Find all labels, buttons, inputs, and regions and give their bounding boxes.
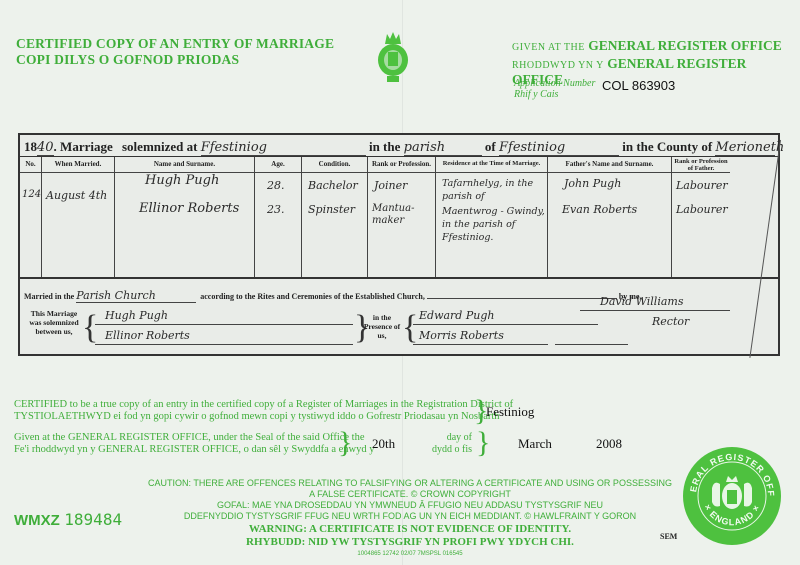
certificate-serial: WMXZ 189484 — [14, 510, 122, 530]
registration-district: Festiniog — [486, 404, 534, 420]
sem-label: SEM — [660, 532, 677, 541]
given-at-gro-english: GIVEN AT THE GENERAL REGISTER OFFICE — [512, 38, 782, 54]
identity-warning: WARNING: A CERTIFICATE IS NOT EVIDENCE O… — [140, 523, 680, 549]
blank-line — [555, 329, 628, 345]
column-father-profession: Rank or Profession of Father. Labourer L… — [672, 157, 730, 277]
marriage-place: Ffestiniog — [201, 140, 366, 156]
certified-statement: CERTIFIED to be a true copy of an entry … — [14, 399, 513, 423]
officiant-signature: David Williams — [580, 295, 730, 311]
party2-signature: Ellinor Roberts — [95, 329, 353, 345]
given-brace: } — [338, 428, 352, 458]
caution-welsh: GOFAL: MAE YNA DROSEDDAU YN YMWNEUD Â FF… — [140, 500, 680, 522]
issue-year: 2008 — [596, 436, 622, 452]
solemnized-between-section: This Marriage was solemnized between us,… — [20, 307, 778, 355]
issue-month: March — [518, 436, 552, 452]
application-number: COL 863903 — [602, 78, 675, 93]
column-age: Age. 28. 23. — [255, 157, 302, 277]
married-in-church: Parish Church — [76, 289, 196, 303]
witness2-signature: Morris Roberts — [413, 329, 548, 345]
day-of-brace: } — [476, 428, 490, 458]
certificate-title-welsh: COPI DILYS O GOFNOD PRIODAS — [16, 52, 239, 68]
column-number: No. 124 — [20, 157, 42, 277]
general-register-office-seal-icon: GENERAL REGISTER OFFICE × ENGLAND × — [682, 446, 782, 546]
solemnized-between-label: This Marriage was solemnized between us, — [26, 309, 82, 336]
royal-crest-icon — [376, 30, 410, 86]
column-when-married: When Married. August 4th — [42, 157, 115, 277]
witness1-signature: Edward Pugh — [413, 309, 598, 325]
party1-signature: Hugh Pugh — [95, 309, 353, 325]
column-condition: Condition. Bachelor Spinster — [302, 157, 368, 277]
presence-label: in the Presence of us, — [362, 313, 402, 340]
register-entry-table: 1840. Marriage solemnized at Ffestiniog … — [18, 133, 780, 356]
given-statement: Given at the GENERAL REGISTER OFFICE, un… — [14, 432, 375, 456]
caution-english: CAUTION: THERE ARE OFFENCES RELATING TO … — [140, 478, 680, 500]
parish-name: Ffestiniog — [499, 140, 619, 156]
column-profession: Rank or Profession. Joiner Mantua-maker — [368, 157, 436, 277]
column-father-name: Father's Name and Surname. John Pugh Eva… — [548, 157, 672, 277]
column-residence: Residence at the Time of Marriage. Tafar… — [436, 157, 548, 277]
issue-day: 20th — [372, 436, 395, 452]
application-number-label: Application Number Rhif y Cais — [514, 78, 595, 100]
register-heading: 1840. Marriage solemnized at Ffestiniog … — [20, 135, 778, 157]
officiant-title: Rector — [652, 315, 689, 328]
print-code: 1004865 12742 02/07 7MSPSL 016545 — [140, 551, 680, 557]
day-of-label: day of dydd o fis — [432, 432, 472, 456]
register-columns: No. 124 When Married. August 4th Name an… — [20, 157, 778, 279]
certificate-title-english: CERTIFIED COPY OF AN ENTRY OF MARRIAGE — [16, 36, 334, 52]
county-name: Merioneth — [715, 140, 775, 156]
column-name: Name and Surname. Hugh Pugh Ellinor Robe… — [115, 157, 255, 277]
